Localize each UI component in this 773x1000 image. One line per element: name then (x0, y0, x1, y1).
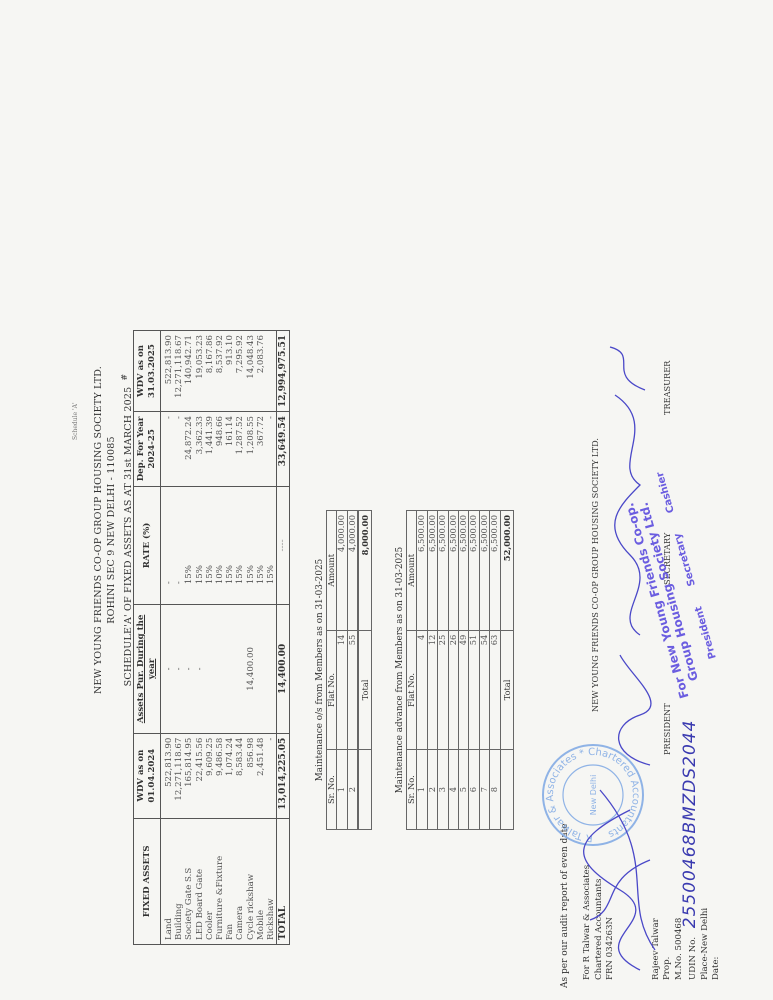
total-label: Total (500, 630, 513, 750)
table-row: Building12,271,118.67---12,271,118.67 (174, 331, 184, 945)
table-row: Furniture &Fixture9,486.5810%948.668,537… (215, 331, 225, 945)
cell-dep: 1,208.55 (246, 412, 256, 487)
cell-flat: 51 (469, 630, 479, 750)
cell-asset: Rickshaw (266, 818, 277, 944)
cell-asset: Furniture &Fixture (215, 818, 225, 944)
cell-purchase (266, 605, 277, 734)
table-header-row: FIXED ASSETS WDV as on 01.04.2024 Assets… (134, 331, 161, 945)
table-row: Cycle rickshaw856.9814,400.0015%1,208.55… (246, 331, 256, 945)
society-name: NEW YOUNG FRIENDS CO-OP GROUP HOUSING SO… (590, 365, 600, 785)
cell-sr: 1 (337, 750, 347, 830)
total-row: Total 8,000.00 (359, 511, 372, 830)
cell-wdv-open: - (266, 733, 277, 818)
cell-wdv-open: 522,813.90 (161, 733, 175, 818)
total-amount: 52,000.00 (500, 511, 513, 631)
cell-wdv-close: 522,813.90 (161, 331, 175, 412)
cell-dep: 367.72 (256, 412, 266, 487)
total-rate: ---- (277, 486, 290, 604)
maintenance-advance-table: Maintenance advance from Members as on 3… (395, 510, 514, 830)
society-title: NEW YOUNG FRIENDS CO-OP GROUP HOUSING SO… (92, 250, 105, 810)
cell-flat: 26 (448, 630, 458, 750)
cell-purchase: - (174, 605, 184, 734)
cell-purchase (235, 605, 245, 734)
cell-flat: 25 (438, 630, 448, 750)
cell-wdv-open: 9,486.58 (215, 733, 225, 818)
cell-purchase: 14,400.00 (246, 605, 256, 734)
cell-wdv-close: 19,053.23 (195, 331, 205, 412)
cell-amount: 6,500.00 (417, 511, 427, 631)
auditor-udin: UDIN No. 25500468BMZDS2044 (685, 720, 700, 980)
cell-wdv-open: 1,074.24 (225, 733, 235, 818)
cell-wdv-close: 140,942.71 (184, 331, 194, 412)
total-amount: 8,000.00 (359, 511, 372, 631)
cell-dep: 161.14 (225, 412, 235, 487)
cell-amount: 6,500.00 (427, 511, 437, 631)
col-header: Dep. For Year 2024-25 (134, 412, 161, 487)
table-row: 8636,500.00 (490, 511, 500, 830)
table-header-row: Sr. No. Flat No. Amount (327, 511, 337, 830)
total-row: TOTAL 13,014,225.05 14,400.00 ---- 33,64… (277, 331, 290, 945)
cell-dep: 24,872.24 (184, 412, 194, 487)
cell-asset: Cooler (205, 818, 215, 944)
table-row: 3256,500.00 (438, 511, 448, 830)
cell-wdv-close: 8,167.86 (205, 331, 215, 412)
table-row: Land522,813.90---522,813.90 (161, 331, 175, 945)
cell-asset: Camera (235, 818, 245, 944)
cell-sr: 5 (459, 750, 469, 830)
cell-wdv-close: 913.10 (225, 331, 235, 412)
cell-wdv-open: 165,814.95 (184, 733, 194, 818)
maintenance-outstanding-table: Maintenance o/s from Members as on 31-03… (315, 510, 372, 830)
cell-wdv-open: 9,609.25 (205, 733, 215, 818)
col-header: Sr. No. (327, 750, 337, 830)
table-row: 6516,500.00 (469, 511, 479, 830)
cell-wdv-close: 14,048.43 (246, 331, 256, 412)
col-header: Assets Pur. During the year (134, 605, 161, 734)
cell-purchase (205, 605, 215, 734)
cell-dep: 948.66 (215, 412, 225, 487)
table-row: Camera8,583.4415%1,287.527,295.92 (235, 331, 245, 945)
total-dep: 33,649.54 (277, 412, 290, 487)
cell-wdv-open: 22,415.56 (195, 733, 205, 818)
schedule-note: Schedule 'A' (72, 402, 79, 440)
cell-flat: 49 (459, 630, 469, 750)
header-mark: # (120, 374, 129, 381)
cell-flat: 14 (337, 630, 347, 750)
cell-wdv-close: 2,083.76 (256, 331, 266, 412)
table-row: 7546,500.00 (479, 511, 489, 830)
cell-rate: 15% (266, 486, 277, 604)
cell-sr: 3 (438, 750, 448, 830)
table-row: 2554,000.00 (347, 511, 357, 830)
cell-sr: 6 (469, 750, 479, 830)
cell-wdv-open: 12,271,118.67 (174, 733, 184, 818)
auditor-date: Date: (711, 720, 723, 980)
cell-asset: LED Board Gate (195, 818, 205, 944)
cell-flat: 55 (347, 630, 357, 750)
table-row: Mobile2,451.4815%367.722,083.76 (256, 331, 266, 945)
cell-rate: 10% (215, 486, 225, 604)
audit-report-note: As per our audit report of even date (560, 823, 570, 988)
role-president: PRESIDENT (662, 703, 672, 755)
total-purchase: 14,400.00 (277, 605, 290, 734)
cell-rate: 15% (246, 486, 256, 604)
col-header: WDV as on 01.04.2024 (134, 733, 161, 818)
cell-asset: Fan (225, 818, 235, 944)
cell-dep: - (174, 412, 184, 487)
col-header: Amount (327, 511, 337, 631)
cell-flat: 54 (479, 630, 489, 750)
cell-dep: 1,441.39 (205, 412, 215, 487)
cell-amount: 6,500.00 (438, 511, 448, 631)
cell-amount: 6,500.00 (459, 511, 469, 631)
cell-wdv-close: 7,295.92 (235, 331, 245, 412)
cell-amount: 4,000.00 (337, 511, 347, 631)
col-header: Flat No. (327, 630, 337, 750)
cell-asset: Mobile (256, 818, 266, 944)
cell-rate: 15% (205, 486, 215, 604)
cell-purchase (256, 605, 266, 734)
cell-dep: - (266, 412, 277, 487)
cell-purchase: - (195, 605, 205, 734)
cell-rate: - (174, 486, 184, 604)
cell-dep: 3,362.33 (195, 412, 205, 487)
cell-wdv-open: 856.98 (246, 733, 256, 818)
cell-amount: 6,500.00 (448, 511, 458, 631)
cell-sr: 7 (479, 750, 489, 830)
table-row: Fan1,074.2415%161.14913.10 (225, 331, 235, 945)
cell-asset: Cycle rickshaw (246, 818, 256, 944)
rotated-page: Schedule 'A' NEW YOUNG FRIENDS CO-OP GRO… (0, 0, 773, 1000)
total-wdv-close: 12,994,975.51 (277, 331, 290, 412)
role-treasurer: TREASURER (662, 361, 672, 415)
cell-sr: 2 (427, 750, 437, 830)
total-wdv-open: 13,014,225.05 (277, 733, 290, 818)
cell-purchase (215, 605, 225, 734)
col-header: Flat No. (407, 630, 417, 750)
society-address: ROHINI SEC 9 NEW DELHI - 110085 (105, 250, 118, 810)
table-row: 5496,500.00 (459, 511, 469, 830)
cell-wdv-close (266, 331, 277, 412)
col-header: Sr. No. (407, 750, 417, 830)
maintenance-advance-title: Maintenance advance from Members as on 3… (395, 510, 406, 830)
cell-flat: 12 (427, 630, 437, 750)
cell-rate: 15% (225, 486, 235, 604)
table-row: 4266,500.00 (448, 511, 458, 830)
cell-amount: 6,500.00 (479, 511, 489, 631)
cell-rate: 15% (235, 486, 245, 604)
fixed-assets-table: FIXED ASSETS WDV as on 01.04.2024 Assets… (133, 330, 290, 945)
cell-sr: 8 (490, 750, 500, 830)
cell-dep: 1,287.52 (235, 412, 245, 487)
document-header: NEW YOUNG FRIENDS CO-OP GROUP HOUSING SO… (92, 250, 135, 810)
cell-rate: 15% (195, 486, 205, 604)
cell-purchase (225, 605, 235, 734)
maintenance-outstanding-title: Maintenance o/s from Members as on 31-03… (315, 510, 326, 830)
cell-purchase: - (184, 605, 194, 734)
udin-handwritten: 25500468BMZDS2044 (680, 720, 700, 929)
table-row: LED Board Gate22,415.56-15%3,362.3319,05… (195, 331, 205, 945)
cell-wdv-close: 8,537.92 (215, 331, 225, 412)
cell-rate: 15% (184, 486, 194, 604)
cell-rate: 15% (256, 486, 266, 604)
table-row: 2126,500.00 (427, 511, 437, 830)
cell-flat: 63 (490, 630, 500, 750)
cell-wdv-close: 12,271,118.67 (174, 331, 184, 412)
cell-asset: Society Gate S.S (184, 818, 194, 944)
auditor-place: Place-New Delhi (700, 720, 712, 980)
table-header-row: Sr. No. Flat No. Amount (407, 511, 417, 830)
cell-wdv-open: 2,451.48 (256, 733, 266, 818)
cell-sr: 4 (448, 750, 458, 830)
cell-sr: 2 (347, 750, 357, 830)
col-header: WDV as on 31.03.2025 (134, 331, 161, 412)
col-header: Amount (407, 511, 417, 631)
cell-purchase: - (161, 605, 175, 734)
table-row: Rickshaw-15%- (266, 331, 277, 945)
table-row: Society Gate S.S165,814.95-15%24,872.241… (184, 331, 194, 945)
cell-amount: 6,500.00 (490, 511, 500, 631)
total-label: Total (359, 630, 372, 750)
table-row: 1144,000.00 (337, 511, 347, 830)
col-header: FIXED ASSETS (134, 818, 161, 944)
cell-wdv-open: 8,583.44 (235, 733, 245, 818)
cell-amount: 4,000.00 (347, 511, 357, 631)
cell-dep: - (161, 412, 175, 487)
col-header: RATE (%) (134, 486, 161, 604)
cell-amount: 6,500.00 (469, 511, 479, 631)
cell-flat: 4 (417, 630, 427, 750)
cell-sr: 1 (417, 750, 427, 830)
total-label: TOTAL (277, 818, 290, 944)
table-row: Cooler9,609.2515%1,441.398,167.86 (205, 331, 215, 945)
total-row: Total 52,000.00 (500, 511, 513, 830)
cell-asset: Land (161, 818, 175, 944)
cell-asset: Building (174, 818, 184, 944)
cell-rate: - (161, 486, 175, 604)
table-row: 146,500.00 (417, 511, 427, 830)
